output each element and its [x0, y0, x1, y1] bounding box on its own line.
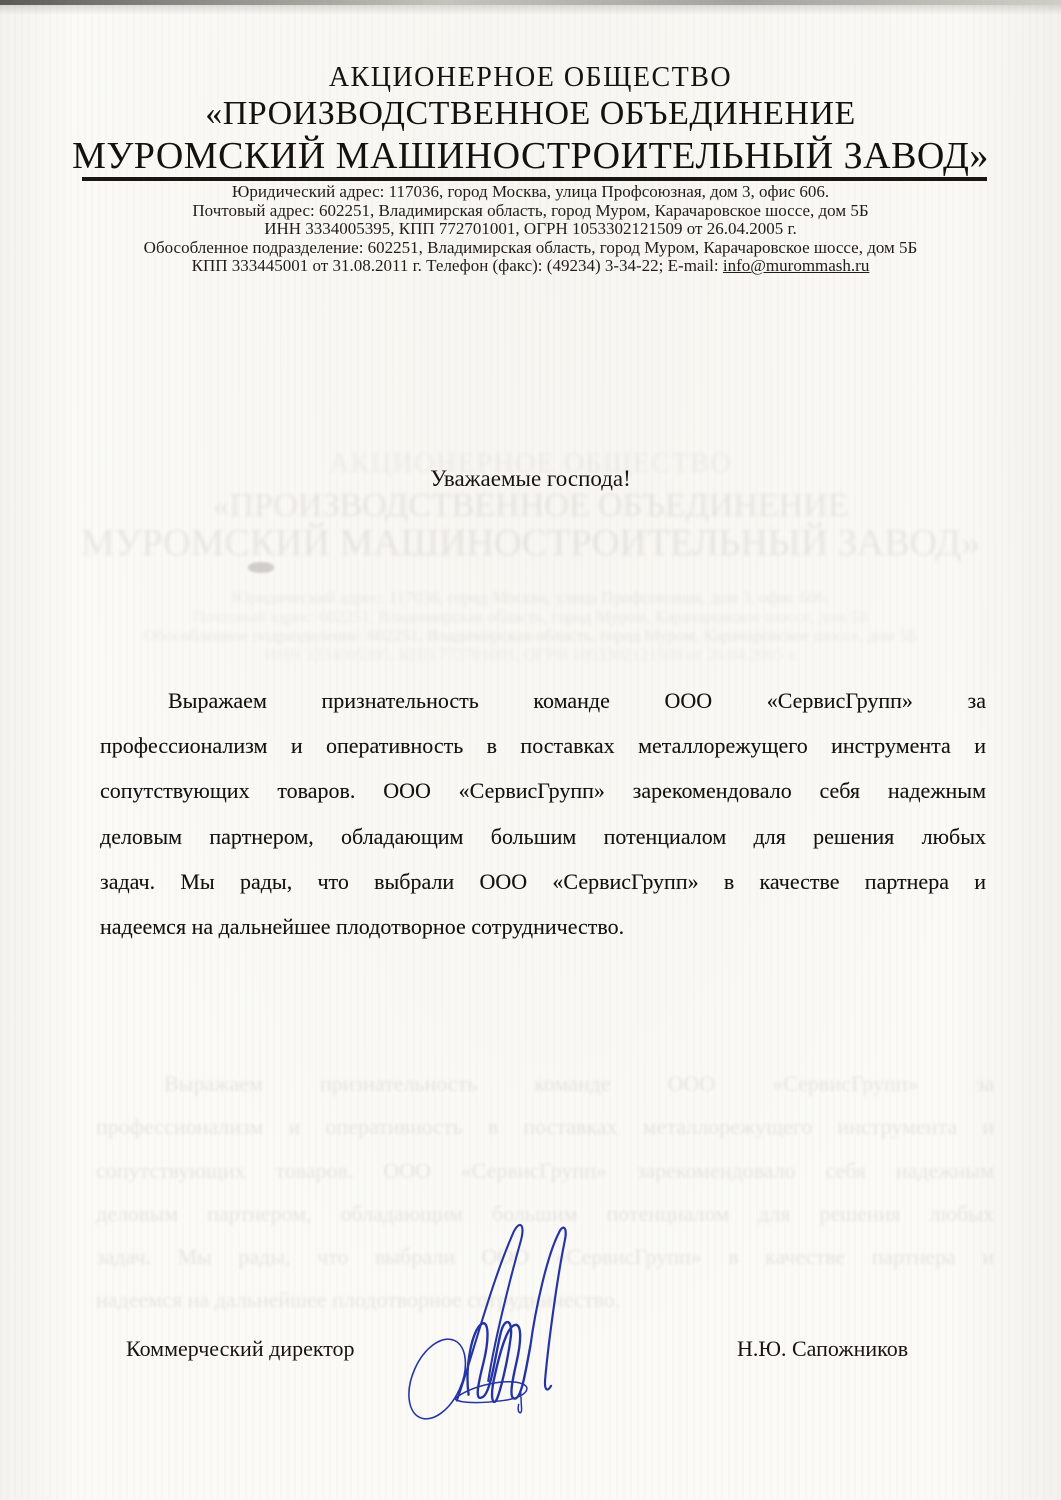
body-line: профессионализм и оперативность в постав… — [100, 723, 986, 768]
body-line: сопутствующих товаров. ООО «СервисГрупп»… — [100, 768, 986, 813]
bleed-through-text: Почтовый адрес: 602251, Владимирская обл… — [0, 607, 1061, 627]
email-address: info@murommash.ru — [723, 256, 869, 275]
bleed-through-text: сопутствующих товаров. ООО «СервисГрупп»… — [96, 1149, 994, 1192]
scanned-letter-page: АКЦИОНЕРНОЕ ОБЩЕСТВО «ПРОИЗВОДСТВЕННОЕ О… — [0, 0, 1061, 1500]
branch-address: Обособленное подразделение: 602251, Влад… — [0, 239, 1061, 258]
bleed-through-text: профессионализм и оперативность в постав… — [96, 1105, 994, 1148]
bleed-through-text: «ПРОИЗВОДСТВЕННОЕ ОБЪЕДИНЕНИЕ — [0, 487, 1061, 525]
bleed-through-text: Обособленное подразделение: 602251, Влад… — [0, 626, 1061, 646]
body-line: деловым партнером, обладающим большим по… — [100, 814, 986, 859]
signer-name: Н.Ю. Сапожников — [737, 1336, 908, 1362]
greeting: Уважаемые господа! — [0, 466, 1061, 492]
body-line: задач. Мы рады, что выбрали ООО «СервисГ… — [100, 859, 986, 904]
legal-address: Юридический адрес: 117036, город Москва,… — [0, 183, 1061, 202]
company-name-line2: МУРОМСКИЙ МАШИНОСТРОИТЕЛЬНЫЙ ЗАВОД» — [0, 134, 1061, 178]
letter-body: Выражаем признательность команде ООО «Се… — [100, 678, 986, 949]
body-line: Выражаем признательность команде ООО «Се… — [100, 678, 986, 723]
company-type: АКЦИОНЕРНОЕ ОБЩЕСТВО — [0, 62, 1061, 94]
company-name-line1: «ПРОИЗВОДСТВЕННОЕ ОБЪЕДИНЕНИЕ — [0, 95, 1061, 133]
bleed-through-text: Юридический адрес: 117036, город Москва,… — [0, 588, 1061, 608]
signer-title: Коммерческий директор — [126, 1336, 355, 1362]
bleed-through-text: МУРОМСКИЙ МАШИНОСТРОИТЕЛЬНЫЙ ЗАВОД» — [0, 521, 1061, 565]
letterhead-rule — [82, 177, 987, 181]
handwritten-signature — [392, 1216, 608, 1432]
contact-line: КПП 333445001 от 31.08.2011 г. Телефон (… — [0, 257, 1061, 276]
scan-smudge — [248, 562, 274, 573]
scan-edge-shadow — [0, 5, 1061, 15]
bleed-through-text: ИНН 3334005395, КПП 772701001, ОГРН 1053… — [0, 645, 1061, 665]
letterhead-address-block: Юридический адрес: 117036, город Москва,… — [0, 183, 1061, 276]
postal-address: Почтовый адрес: 602251, Владимирская обл… — [0, 202, 1061, 221]
bleed-through-text: Выражаем признательность команде ООО «Се… — [96, 1062, 994, 1105]
inn-kpp-ogrn: ИНН 3334005395, КПП 772701001, ОГРН 1053… — [0, 220, 1061, 239]
body-line: надеемся на дальнейшее плодотворное сотр… — [100, 904, 986, 949]
contact-prefix: КПП 333445001 от 31.08.2011 г. Телефон (… — [192, 256, 723, 275]
